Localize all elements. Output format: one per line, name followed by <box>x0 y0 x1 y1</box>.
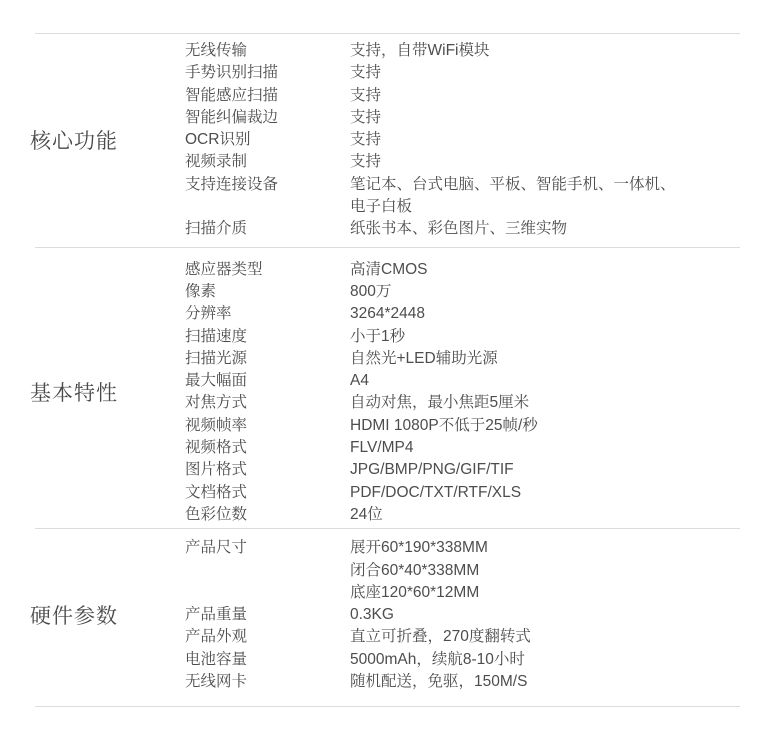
spec-name: 视频帧率 <box>185 415 350 437</box>
spec-value: 自然光+LED辅助光源 <box>350 348 740 370</box>
spec-row: 最大幅面A4 <box>185 370 740 392</box>
spec-row: 视频格式FLV/MP4 <box>185 437 740 459</box>
spec-name: 产品尺寸 <box>185 537 350 604</box>
spec-value: 直立可折叠，270度翻转式 <box>350 626 740 648</box>
spec-value: JPG/BMP/PNG/GIF/TIF <box>350 459 740 481</box>
spec-row: 扫描速度小于1秒 <box>185 326 740 348</box>
spec-value: 支持 <box>350 129 740 151</box>
category-label: 基本特性 <box>30 259 185 527</box>
spec-name: 无线网卡 <box>185 671 350 693</box>
spec-value: 高清CMOS <box>350 259 740 281</box>
spec-value: 随机配送，免驱，150M/S <box>350 671 740 693</box>
spec-value: 支持 <box>350 151 740 173</box>
spec-name: 视频录制 <box>185 151 350 173</box>
spec-name: 电池容量 <box>185 649 350 671</box>
spec-row: 产品尺寸展开60*190*338MM 闭合60*40*338MM 底座120*6… <box>185 537 740 604</box>
spec-row: 图片格式JPG/BMP/PNG/GIF/TIF <box>185 459 740 481</box>
spec-rows: 产品尺寸展开60*190*338MM 闭合60*40*338MM 底座120*6… <box>185 537 740 693</box>
spec-row: 无线网卡随机配送，免驱，150M/S <box>185 671 740 693</box>
category-label: 硬件参数 <box>30 537 185 693</box>
spec-value: 3264*2448 <box>350 303 740 325</box>
product-spec-sheet: 核心功能无线传输支持，自带WiFi模块手势识别扫描支持智能感应扫描支持智能纠偏裁… <box>0 0 770 742</box>
spec-name: 扫描速度 <box>185 326 350 348</box>
spec-value: A4 <box>350 370 740 392</box>
spec-value: 展开60*190*338MM 闭合60*40*338MM 底座120*60*12… <box>350 537 740 604</box>
spec-row: 扫描介质纸张书本、彩色图片、三维实物 <box>185 218 740 240</box>
spec-row: 文档格式PDF/DOC/TXT/RTF/XLS <box>185 482 740 504</box>
spec-row: 手势识别扫描支持 <box>185 62 740 84</box>
spec-row: 对焦方式自动对焦，最小焦距5厘米 <box>185 392 740 414</box>
spec-name: 最大幅面 <box>185 370 350 392</box>
spec-value: 0.3KG <box>350 604 740 626</box>
spec-rows: 无线传输支持，自带WiFi模块手势识别扫描支持智能感应扫描支持智能纠偏裁边支持O… <box>185 40 740 241</box>
spec-name: 扫描介质 <box>185 218 350 240</box>
spec-value: 800万 <box>350 281 740 303</box>
spec-row: 产品外观直立可折叠，270度翻转式 <box>185 626 740 648</box>
spec-name: 支持连接设备 <box>185 174 350 219</box>
spec-row: OCR识别支持 <box>185 129 740 151</box>
spec-row: 像素800万 <box>185 281 740 303</box>
spec-section-hardware-params: 硬件参数产品尺寸展开60*190*338MM 闭合60*40*338MM 底座1… <box>0 529 770 706</box>
spec-value: 自动对焦，最小焦距5厘米 <box>350 392 740 414</box>
spec-row: 电池容量5000mAh，续航8-10小时 <box>185 649 740 671</box>
spec-name: 产品重量 <box>185 604 350 626</box>
spec-name: 无线传输 <box>185 40 350 62</box>
spec-row: 视频帧率HDMI 1080P不低于25帧/秒 <box>185 415 740 437</box>
spec-value: 支持 <box>350 62 740 84</box>
spec-value: 纸张书本、彩色图片、三维实物 <box>350 218 740 240</box>
spec-name: 色彩位数 <box>185 504 350 526</box>
spec-row: 分辨率3264*2448 <box>185 303 740 325</box>
spec-row: 感应器类型高清CMOS <box>185 259 740 281</box>
spec-name: 感应器类型 <box>185 259 350 281</box>
spec-name: 分辨率 <box>185 303 350 325</box>
spec-row: 扫描光源自然光+LED辅助光源 <box>185 348 740 370</box>
spec-rows: 感应器类型高清CMOS像素800万分辨率3264*2448扫描速度小于1秒扫描光… <box>185 259 740 527</box>
spec-table: 核心功能无线传输支持，自带WiFi模块手势识别扫描支持智能感应扫描支持智能纠偏裁… <box>0 0 770 707</box>
spec-value: HDMI 1080P不低于25帧/秒 <box>350 415 740 437</box>
spec-row: 视频录制支持 <box>185 151 740 173</box>
spec-name: 图片格式 <box>185 459 350 481</box>
spec-value: 支持，自带WiFi模块 <box>350 40 740 62</box>
spec-row: 色彩位数24位 <box>185 504 740 526</box>
spec-value: 5000mAh，续航8-10小时 <box>350 649 740 671</box>
spec-name: 对焦方式 <box>185 392 350 414</box>
spec-name: OCR识别 <box>185 129 350 151</box>
spec-value: 笔记本、台式电脑、平板、智能手机、一体机、 电子白板 <box>350 174 740 219</box>
spec-name: 文档格式 <box>185 482 350 504</box>
section-divider <box>35 706 740 707</box>
spec-name: 扫描光源 <box>185 348 350 370</box>
spec-value: PDF/DOC/TXT/RTF/XLS <box>350 482 740 504</box>
spec-name: 智能纠偏裁边 <box>185 107 350 129</box>
spec-name: 视频格式 <box>185 437 350 459</box>
spec-name: 手势识别扫描 <box>185 62 350 84</box>
spec-section-basic-specs: 基本特性感应器类型高清CMOS像素800万分辨率3264*2448扫描速度小于1… <box>0 248 770 529</box>
spec-name: 像素 <box>185 281 350 303</box>
spec-row: 智能纠偏裁边支持 <box>185 107 740 129</box>
spec-row: 支持连接设备笔记本、台式电脑、平板、智能手机、一体机、 电子白板 <box>185 174 740 219</box>
category-label: 核心功能 <box>30 40 185 241</box>
spec-value: FLV/MP4 <box>350 437 740 459</box>
spec-value: 小于1秒 <box>350 326 740 348</box>
spec-row: 智能感应扫描支持 <box>185 85 740 107</box>
spec-value: 支持 <box>350 85 740 107</box>
spec-value: 支持 <box>350 107 740 129</box>
spec-row: 无线传输支持，自带WiFi模块 <box>185 40 740 62</box>
spec-name: 产品外观 <box>185 626 350 648</box>
spec-row: 产品重量0.3KG <box>185 604 740 626</box>
spec-section-core-functions: 核心功能无线传输支持，自带WiFi模块手势识别扫描支持智能感应扫描支持智能纠偏裁… <box>0 34 770 247</box>
spec-name: 智能感应扫描 <box>185 85 350 107</box>
spec-value: 24位 <box>350 504 740 526</box>
